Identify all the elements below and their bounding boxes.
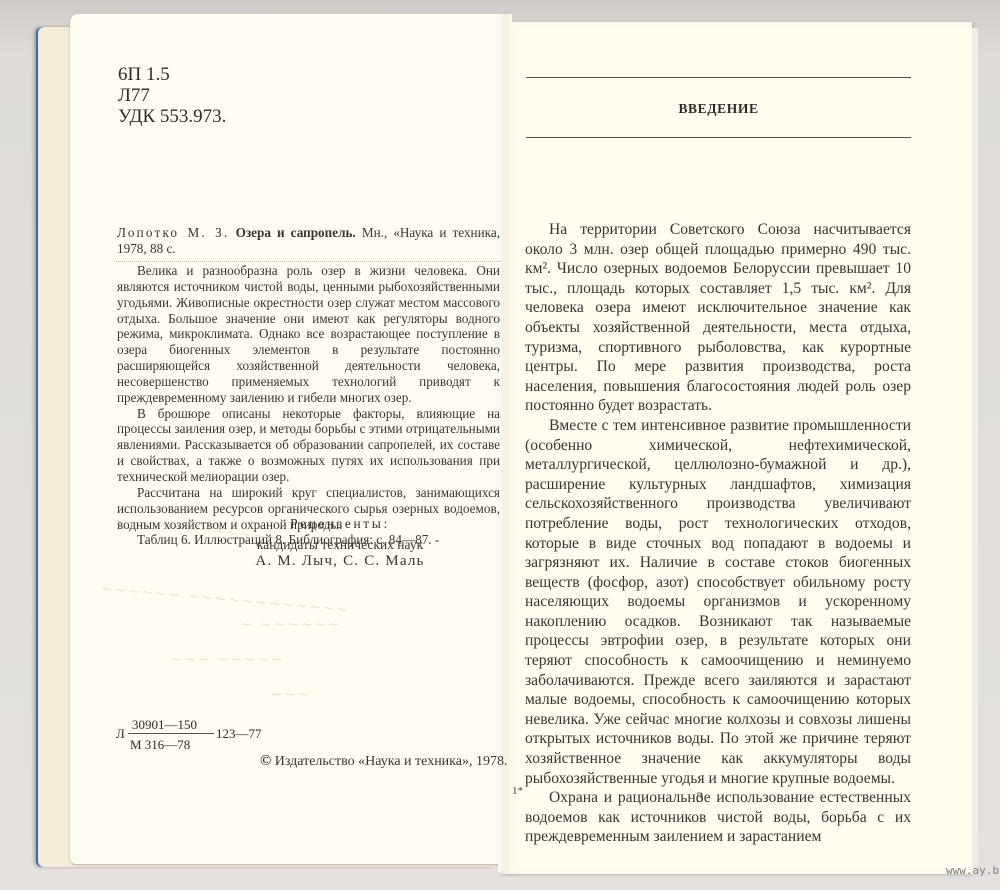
book-abstract: Велика и разнообразна роль озер в жизни … (117, 263, 500, 548)
header-rule-bottom (526, 137, 911, 138)
page-number: 3 (696, 790, 704, 807)
reviewers-names: А. М. Лыч, С. С. Маль (210, 553, 470, 570)
book-gutter (498, 14, 512, 872)
catalog-code-prefix: Л (116, 727, 125, 741)
author-mark: Л77 (118, 85, 226, 106)
book-title: Озера и сапропель. (236, 225, 356, 240)
faded-handwriting: ~~~ (270, 685, 311, 703)
introduction-text: На территории Советского Союза насчитыва… (525, 220, 911, 847)
abstract-paragraph: В брошюре описаны некоторые факторы, вли… (117, 406, 500, 485)
book-author: Лопотко М. З. (117, 225, 229, 240)
catalog-code-bottom: М 316—78 (130, 738, 190, 752)
bibliographic-record: Лопотко М. З. Озера и сапропель. Мн., «Н… (117, 225, 500, 258)
reviewers-subtitle: кандидаты технических наук (210, 536, 470, 553)
intro-paragraph: Охрана и рациональное использование есте… (525, 788, 911, 847)
copyright-line: © Издательство «Наука и техника», 1978. (260, 753, 507, 770)
classification-codes: 6П 1.5 Л77 УДК 553.973. (118, 64, 226, 127)
intro-paragraph: Вместе с тем интенсивное развитие промыш… (525, 416, 911, 788)
copyright-text: Издательство «Наука и техника», 1978. (275, 754, 508, 769)
catalog-code-fraction-line (128, 733, 214, 734)
intro-paragraph: На территории Советского Союза насчитыва… (525, 220, 911, 416)
faded-handwriting: ~ ~~~~~~ (240, 615, 341, 633)
copyright-icon: © (260, 753, 271, 769)
signature-mark: 1* (512, 785, 523, 797)
bbk-code: 6П 1.5 (118, 64, 226, 85)
right-page-edge (972, 28, 978, 874)
reviewers-heading: Рецензенты: (210, 515, 470, 532)
catalog-code-suffix: 123—77 (216, 727, 262, 741)
udc-code: УДК 553.973. (118, 106, 226, 127)
abstract-paragraph: Велика и разнообразна роль озер в жизни … (117, 263, 500, 406)
dotted-divider (116, 261, 501, 262)
catalog-code-top: 30901—150 (132, 718, 197, 732)
reviewers-block: Рецензенты: кандидаты технических наук А… (210, 515, 470, 570)
faded-handwriting: ~~~ ~~~~~ (170, 650, 284, 668)
watermark: www.ay.by (946, 864, 1000, 877)
header-rule-top (526, 77, 911, 78)
section-title: ВВЕДЕНИЕ (526, 101, 911, 117)
